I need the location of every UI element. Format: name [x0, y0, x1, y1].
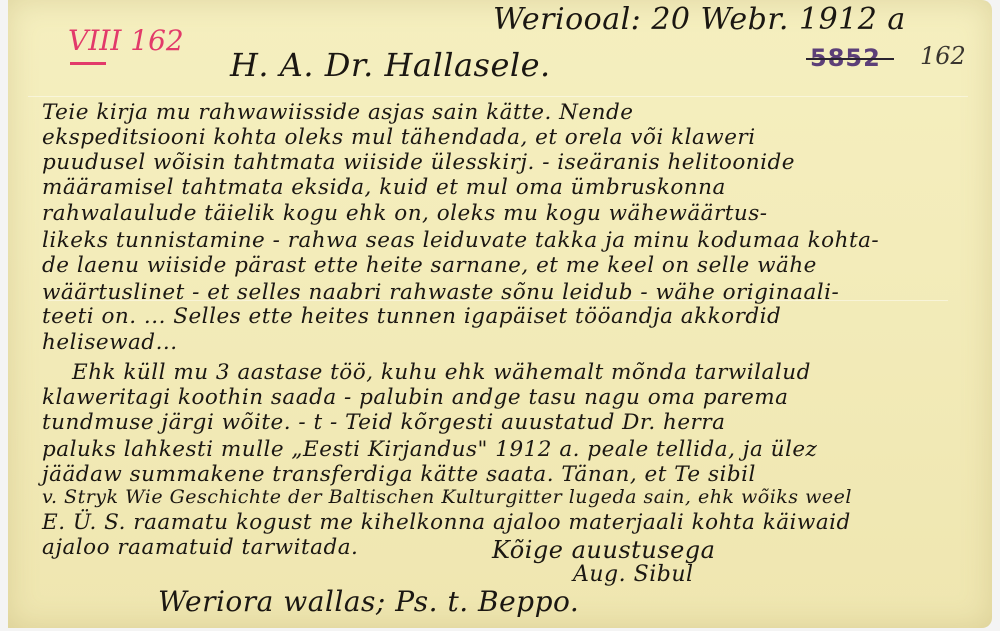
body-line: paluks lahkesti mulle „Eesti Kirjandus" … — [42, 437, 817, 462]
body-line: E. Ü. S. raamatu kogust me kihelkonna aj… — [42, 510, 851, 535]
body-line: v. Stryk Wie Geschichte der Baltischen K… — [42, 486, 852, 508]
body-line: ekspeditsiooni kohta oleks mul tähendada… — [42, 125, 756, 150]
body-line: teeti on. ... Selles ette heites tunnen … — [42, 304, 781, 329]
body-line: likeks tunnistamine - rahwa seas leiduva… — [42, 228, 879, 253]
postcard: VIII 162 5852 162 Weriooal: 20 Webr. 191… — [8, 0, 992, 628]
body-line: wäärtuslinet - et selles naabri rahwaste… — [42, 280, 839, 305]
closing: Kõige auustusega — [492, 536, 715, 564]
archive-reference-mark: VIII 162 — [68, 24, 184, 57]
body-line: Ehk küll mu 3 aastase töö, kuhu ehk wähe… — [72, 360, 811, 385]
body-line: klaweritagi koothin saada - palubin andg… — [42, 385, 789, 410]
body-line: de laenu wiiside pärast ette heite sarna… — [42, 253, 817, 278]
body-line: määramisel tahtmata eksida, kuid et mul … — [42, 175, 726, 200]
body-line: tundmuse järgi wõite. - t - Teid kõrgest… — [42, 410, 725, 435]
struck-archive-stamp: 5852 — [810, 44, 881, 72]
body-line: rahwalaulude täielik kogu ehk on, oleks … — [42, 201, 768, 226]
sender-address: Weriora wallas; Ps. t. Beppo. — [158, 585, 579, 618]
body-line: ajaloo raamatuid tarwitada. — [42, 535, 358, 560]
signature: Aug. Sibul — [573, 562, 694, 587]
body-line: jäädaw summakene transferdiga kätte saat… — [42, 462, 756, 487]
paper-crease — [28, 96, 968, 97]
date-line: Weriooal: 20 Webr. 1912 a — [493, 2, 906, 37]
body-line: helisewad... — [42, 330, 178, 355]
pencil-archive-number: 162 — [920, 42, 966, 70]
body-line: puudusel wõisin tahtmata wiiside ülesski… — [42, 150, 795, 175]
salutation: H. A. Dr. Hallasele. — [230, 46, 551, 84]
body-line: Teie kirja mu rahwawiisside asjas sain k… — [42, 100, 633, 125]
